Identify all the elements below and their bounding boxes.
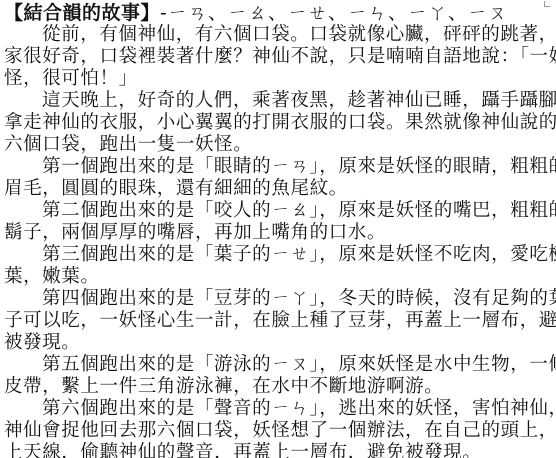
paragraph-6-line-2: 子可以吃，一妖怪心生一計，在臉上種了豆芽，再蓋上一層布，避免 (4, 310, 554, 332)
paragraph-6-line-1: 第四個跑出來的是「豆芽的ㄧㄚ」，冬天的時候，沒有足夠的葉 (4, 288, 554, 310)
paragraph-1-line-1: 從前，有個神仙，有六個口袋。口袋就像心臟，砰砰的跳著，大 (4, 24, 554, 46)
paragraph-5-line-1: 第三個跑出來的是「葉子的ㄧㄝ」，原來是妖怪不吃肉，愛吃樹 (4, 244, 554, 266)
paragraph-4-line-1: 第二個跑出來的是「咬人的ㄧㄠ」，原來是妖怪的嘴巴，粗粗的 (4, 200, 554, 222)
paragraph-6-line-3: 被發現。 (4, 332, 554, 354)
paragraph-1-line-3: 怪，很可怕！」 (4, 68, 554, 90)
paragraph-7-line-1: 第五個跑出來的是「游泳的ㄧㄡ」，原來妖怪是水中生物，一條 (4, 354, 554, 376)
paragraph-4-line-2: 鬍子，兩個厚厚的嘴唇，再加上嘴角的口水。 (4, 222, 554, 244)
paragraph-2-line-1: 這天晚上，好奇的人們，乘著夜黑，趁著神仙已睡，躡手躡腳的 (4, 90, 554, 112)
title-text: 【結合韻的故事】 (4, 2, 160, 24)
page-corner-mark (544, 1, 550, 7)
paragraph-8-line-2: 神仙會捉他回去那六個口袋，妖怪想了一個辦法，在自己的頭上，插 (4, 420, 554, 442)
title-zhuyin-list: -ㄧㄢ、ㄧㄠ、ㄧㄝ、ㄧㄣ、ㄧㄚ、ㄧㄡ (160, 2, 508, 24)
document-page: 【結合韻的故事】-ㄧㄢ、ㄧㄠ、ㄧㄝ、ㄧㄣ、ㄧㄚ、ㄧㄡ 從前，有個神仙，有六個口袋… (4, 2, 554, 458)
paragraph-3-line-2: 眉毛，圓圓的眼珠，還有細細的魚尾紋。 (4, 178, 554, 200)
paragraph-7-line-2: 皮帶，繫上一件三角游泳褲，在水中不斷地游啊游。 (4, 376, 554, 398)
paragraph-3-line-1: 第一個跑出來的是「眼睛的ㄧㄢ」，原來是妖怪的眼睛，粗粗的 (4, 156, 554, 178)
paragraph-2-line-3: 六個口袋，跑出一隻一妖怪。 (4, 134, 554, 156)
story-title: 【結合韻的故事】-ㄧㄢ、ㄧㄠ、ㄧㄝ、ㄧㄣ、ㄧㄚ、ㄧㄡ (4, 2, 554, 24)
paragraph-5-line-2: 葉，嫩葉。 (4, 266, 554, 288)
paragraph-8-line-3: 上天線，偷聽神仙的聲音，再蓋上一層布，避免被發現。 (4, 442, 554, 458)
paragraph-1-line-2: 家很好奇，口袋裡裝著什麼？神仙不說，只是喃喃自語地說：「一妖 (4, 46, 554, 68)
paragraph-8-line-1: 第六個跑出來的是「聲音的ㄧㄣ」，逃出來的妖怪，害怕神仙， (4, 398, 554, 420)
paragraph-2-line-2: 拿走神仙的衣服，小心翼翼的打開衣服的口袋。果然就像神仙說的， (4, 112, 554, 134)
